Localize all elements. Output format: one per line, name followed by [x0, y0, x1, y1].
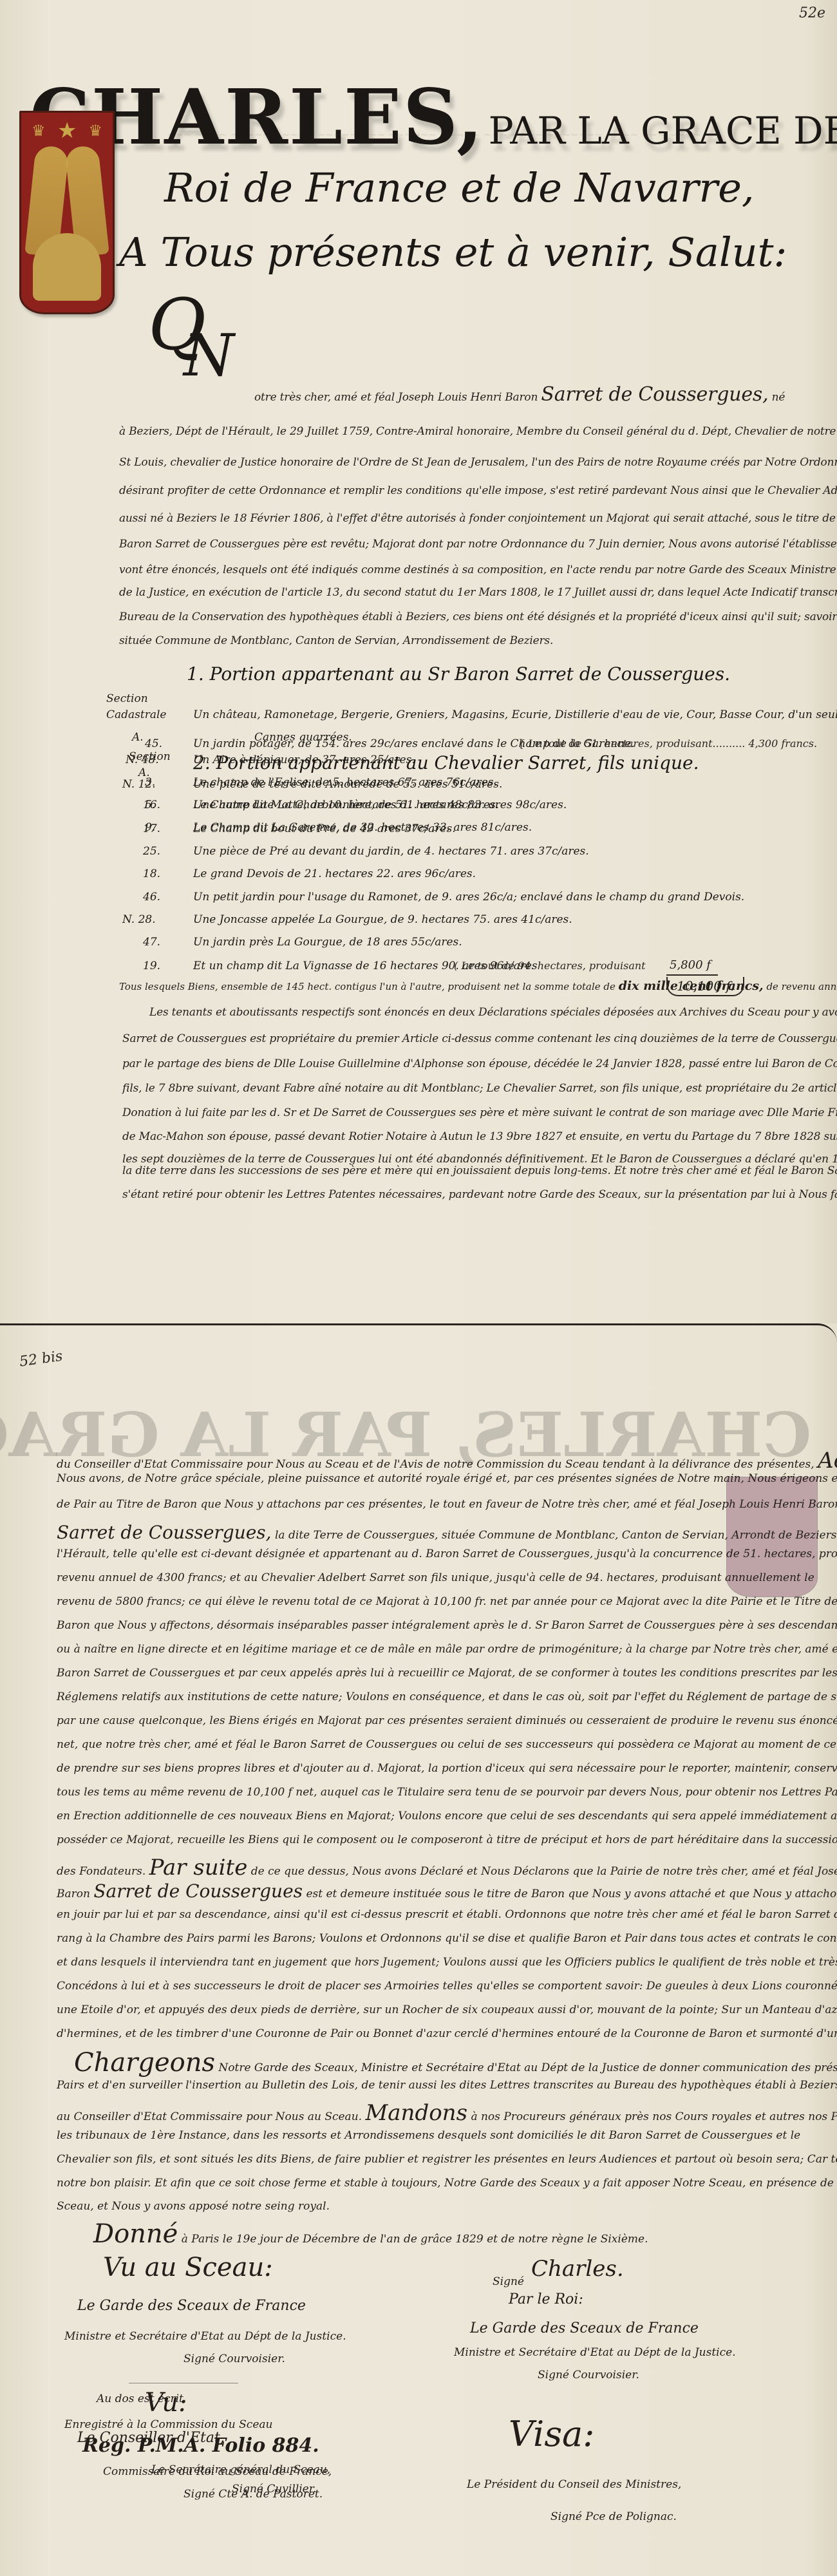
preamble-line: vont être énoncés, lesquels ont été indi… [119, 563, 837, 576]
closing-line: Les tenants et aboutissants respectifs s… [149, 1006, 837, 1019]
closing-line: Sarret de Coussergues est propriétaire d… [122, 1032, 837, 1045]
text-line: ou à naître en ligne directe et en légit… [57, 1643, 837, 1656]
parcel-description: Une Joncasse appelée La Gourgue, de 9. h… [193, 913, 572, 926]
text-line: Baron Sarret de Coussergues et par ceux … [57, 1667, 837, 1680]
keyword-accordons: Accordons [818, 1448, 837, 1473]
king-signature: Charles. [531, 2256, 624, 2282]
text-line: Pairs et d'en surveiller l'insertion au … [57, 2079, 837, 2092]
divider [129, 2383, 238, 2383]
text-line: notre bon plaisir. Et afin que ce soit c… [57, 2177, 837, 2190]
registration-signed: Signé Cuvillier. [232, 2483, 316, 2495]
letters-patent-page-2: 52 bis CHARLES, PAR LA GRACE DE DIEU, du… [0, 1323, 837, 2576]
rock-icon [33, 233, 101, 301]
crown-icon: ♛ [32, 122, 46, 140]
portion-1-subtotal: { Le tout de 51. hectares, produisant...… [518, 737, 817, 750]
registration-title: Le Secrétaire général du Sceau, [151, 2463, 330, 2476]
royal-title: CHARLES, PAR LA GRACE DE DIEU, [30, 72, 828, 162]
arms-blazon-line: une Etoile d'or, et appuyés des deux pie… [57, 2003, 837, 2016]
parcel-description: Le grand Devois de 21. hectares 22. ares… [193, 867, 476, 880]
parcel-description: Un petit jardin pour l'usage du Ramonet,… [193, 891, 744, 904]
parcel-number: N. 28. [122, 913, 161, 926]
text-line: Sceau, et Nous y avons apposé notre sein… [57, 2200, 330, 2213]
text-line: revenu annuel de 4300 francs; et au Chev… [57, 1571, 814, 1584]
section-label: A. [138, 766, 150, 779]
king-signed-label: Signé [493, 2275, 524, 2288]
text-line: et dans lesquels il interviendra tant en… [57, 1956, 837, 1969]
parcel-description: Un château, Ramonetage, Bergerie, Grenie… [193, 708, 837, 721]
vu-au-sceau-title: Le Garde des Sceaux de France [77, 2298, 306, 2314]
crown-icon: ♛ [88, 122, 102, 140]
parcel-number: 45. [145, 737, 183, 750]
text-line: de prendre sur ses biens propres libres … [57, 1762, 837, 1775]
text-line: au Conseiller d'Etat Commissaire pour No… [57, 2100, 837, 2126]
portion-1-heading: 1. Portion appartenant au Sr Baron Sarre… [187, 663, 730, 685]
text-line: les tribunaux de 1ère Instance, dans les… [57, 2129, 800, 2142]
section-label: Cadastrale [106, 708, 166, 721]
preamble-line: aussi né à Beziers le 18 Février 1806, à… [119, 512, 837, 525]
portion-1-amount: 4,300 francs. [748, 737, 817, 750]
parcel-description: Une pièce de terre dite Amourede de 55. … [193, 778, 502, 791]
text-line: en jouir par lui et par sa descendance, … [57, 1908, 837, 1921]
preamble-line: St Louis, chevalier de Justice honoraire… [119, 456, 837, 469]
preamble-line: Baron Sarret de Coussergues père est rev… [119, 538, 837, 551]
visa-title: Le Président du Conseil des Ministres, [467, 2478, 681, 2491]
king-countersign-title: Le Garde des Sceaux de France [470, 2320, 699, 2336]
preamble-line: désirant profiter de cette Ordonnance et… [119, 484, 837, 497]
preamble-line: située Commune de Montblanc, Canton de S… [119, 634, 553, 647]
text-line: des Fondateurs. Par suite de ce que dess… [57, 1855, 837, 1880]
closing-line: fils, le 7 8bre suivant, devant Fabre aî… [122, 1082, 837, 1095]
preamble-line: à Beziers, Dépt de l'Hérault, le 29 Juil… [119, 425, 837, 438]
text-line: Nous avons, de Notre grâce spéciale, ple… [57, 1472, 837, 1485]
folio-number: 52e [799, 5, 825, 21]
portion-2-heading: 2. Portion appartenant au Chevalier Sarr… [193, 752, 699, 773]
keyword-par-suite: Par suite [149, 1855, 248, 1880]
text-line: Sarret de Coussergues, la dite Terre de … [57, 1522, 837, 1543]
visa-signed: Signé Pce de Polignac. [550, 2510, 677, 2523]
parcel-number: 47. [143, 936, 182, 949]
parcel-description: Le Champ du bout du Pré, de 49 ares 37c/… [193, 822, 456, 835]
grantee-name: Sarret de Coussergues, [541, 383, 768, 406]
text-line: par une cause quelconque, les Biens érig… [57, 1714, 837, 1727]
visa-heading: Visa: [509, 2414, 594, 2454]
text-line: du Conseiller d'Etat Commissaire pour No… [57, 1448, 837, 1473]
preamble-line: otre très cher, amé et féal Joseph Louis… [254, 383, 785, 406]
text-line: tous les tems au même revenu de 10,100 f… [57, 1786, 837, 1799]
king-countersign-office: Ministre et Secrétaire d'Etat au Dépt de… [454, 2346, 736, 2359]
parcel-number: 25. [143, 845, 182, 858]
section-label: Section [106, 692, 148, 705]
parcel-number: 46. [143, 891, 182, 904]
section-label: A. [132, 731, 144, 744]
closing-line: de Mac-Mahon son épouse, passé devant Ro… [122, 1130, 837, 1143]
closing-line: les sept douzièmes de la terre de Cousse… [122, 1153, 837, 1166]
preamble-line: de la Justice, en exécution de l'article… [119, 586, 837, 599]
dating-clause: Donné à Paris le 19e jour de Décembre de… [93, 2219, 648, 2249]
section-label: Section [129, 750, 171, 763]
parcel-description: Une pièce de Pré au devant du jardin, de… [193, 845, 589, 858]
registration-folio: Reg. P.M.A. Folio 884. [82, 2434, 319, 2457]
king-countersign-signed: Signé Courvoisier. [538, 2369, 639, 2382]
closing-line: s'étant retiré pour obtenir les Lettres … [122, 1188, 837, 1201]
text-line: net, que notre très cher, amé et féal le… [57, 1738, 837, 1751]
text-line: rang à la Chambre des Pairs parmi les Ba… [57, 1932, 837, 1945]
text-line: Baron que Nous y affectons, désormais in… [57, 1619, 837, 1632]
star-icon: ★ [57, 118, 77, 144]
arms-blazon-line: Concédons à lui et à ses successeurs le … [57, 1980, 837, 1993]
preamble-line: Bureau de la Conservation des hypothèque… [119, 611, 837, 623]
coat-of-arms-icon: ♛ ★ ♛ [19, 111, 115, 314]
grantee-name: Sarret de Coussergues [93, 1880, 303, 1902]
text-line: revenu de 5800 francs; ce qui élève le r… [57, 1595, 837, 1608]
grand-total: 10,100 f. [666, 977, 744, 996]
text-line: de Pair au Titre de Baron que Nous y att… [57, 1498, 837, 1511]
letters-patent-page-1: ~~~ ~~~~ ~~~~~~ ~~~~ ~~~~~ ~~~ ~~~~~~ ~~… [0, 0, 837, 1323]
keyword-mandons: Mandons [365, 2100, 467, 2126]
parcel-number: 18. [143, 867, 182, 880]
folio-number: 52 bis [19, 1348, 64, 1370]
registration-note: Au dos est écrit [97, 2392, 183, 2405]
sum-rule [666, 974, 718, 976]
parcel-description: Une autre dite La Charbonnière, de 51. h… [193, 799, 567, 811]
text-line: Baron Sarret de Coussergues est et demeu… [57, 1880, 837, 1902]
parcel-number: 17. [143, 822, 182, 835]
grantee-name: Sarret de Coussergues, [57, 1522, 272, 1543]
closing-line: Donation à lui faite par les d. Sr et De… [122, 1106, 837, 1119]
drop-cap-n: N [183, 322, 234, 390]
parcel-number: 16. [143, 799, 182, 811]
salutation: A Tous présents et à venir, Salut: [119, 229, 787, 276]
title-middle: PAR LA GRACE DE [489, 109, 837, 153]
parcel-number: N. 12. [122, 778, 161, 791]
royal-subtitle: Roi de France et de Navarre, [164, 164, 755, 211]
vu-au-sceau-heading: Vu au Sceau: [103, 2253, 273, 2282]
keyword-chargeons: Chargeons [74, 2048, 215, 2078]
arms-blazon-line: d'hermines, et de les timbrer d'une Cour… [57, 2027, 837, 2040]
parcel-description: Un jardin près La Gourgue, de 18 ares 55… [193, 936, 462, 949]
vu-au-sceau-signed: Signé Courvoisier. [183, 2353, 285, 2365]
text-line: Chevalier son fils, et sont situés les d… [57, 2153, 837, 2166]
text-line: en Erection additionnelle de ces nouveau… [57, 1810, 837, 1823]
text-line: Chargeons Notre Garde des Sceaux, Minist… [74, 2048, 837, 2078]
text-line: posséder ce Majorat, recueille les Biens… [57, 1833, 837, 1846]
vu-au-sceau-office: Ministre et Secrétaire d'Etat au Dépt de… [64, 2330, 346, 2343]
registration-line: Enregistré à la Commission du Sceau [64, 2418, 272, 2431]
parcel-number: 19. [143, 960, 182, 972]
portion-2-subtotal: ( Le tout de 94. hectares, produisant [454, 960, 646, 972]
text-line: l'Hérault, telle qu'elle est ci-devant d… [57, 1548, 837, 1560]
closing-line: par le partage des biens de Dlle Louise … [122, 1057, 837, 1070]
portion-2-amount: 5,800 f [670, 958, 711, 972]
par-le-roi: Par le Roi: [509, 2291, 583, 2307]
text-line: Réglemens relatifs aux institutions de c… [57, 1690, 837, 1703]
keyword-donne: Donné [93, 2219, 178, 2249]
closing-line: la dite terre dans les successions de se… [122, 1164, 837, 1177]
